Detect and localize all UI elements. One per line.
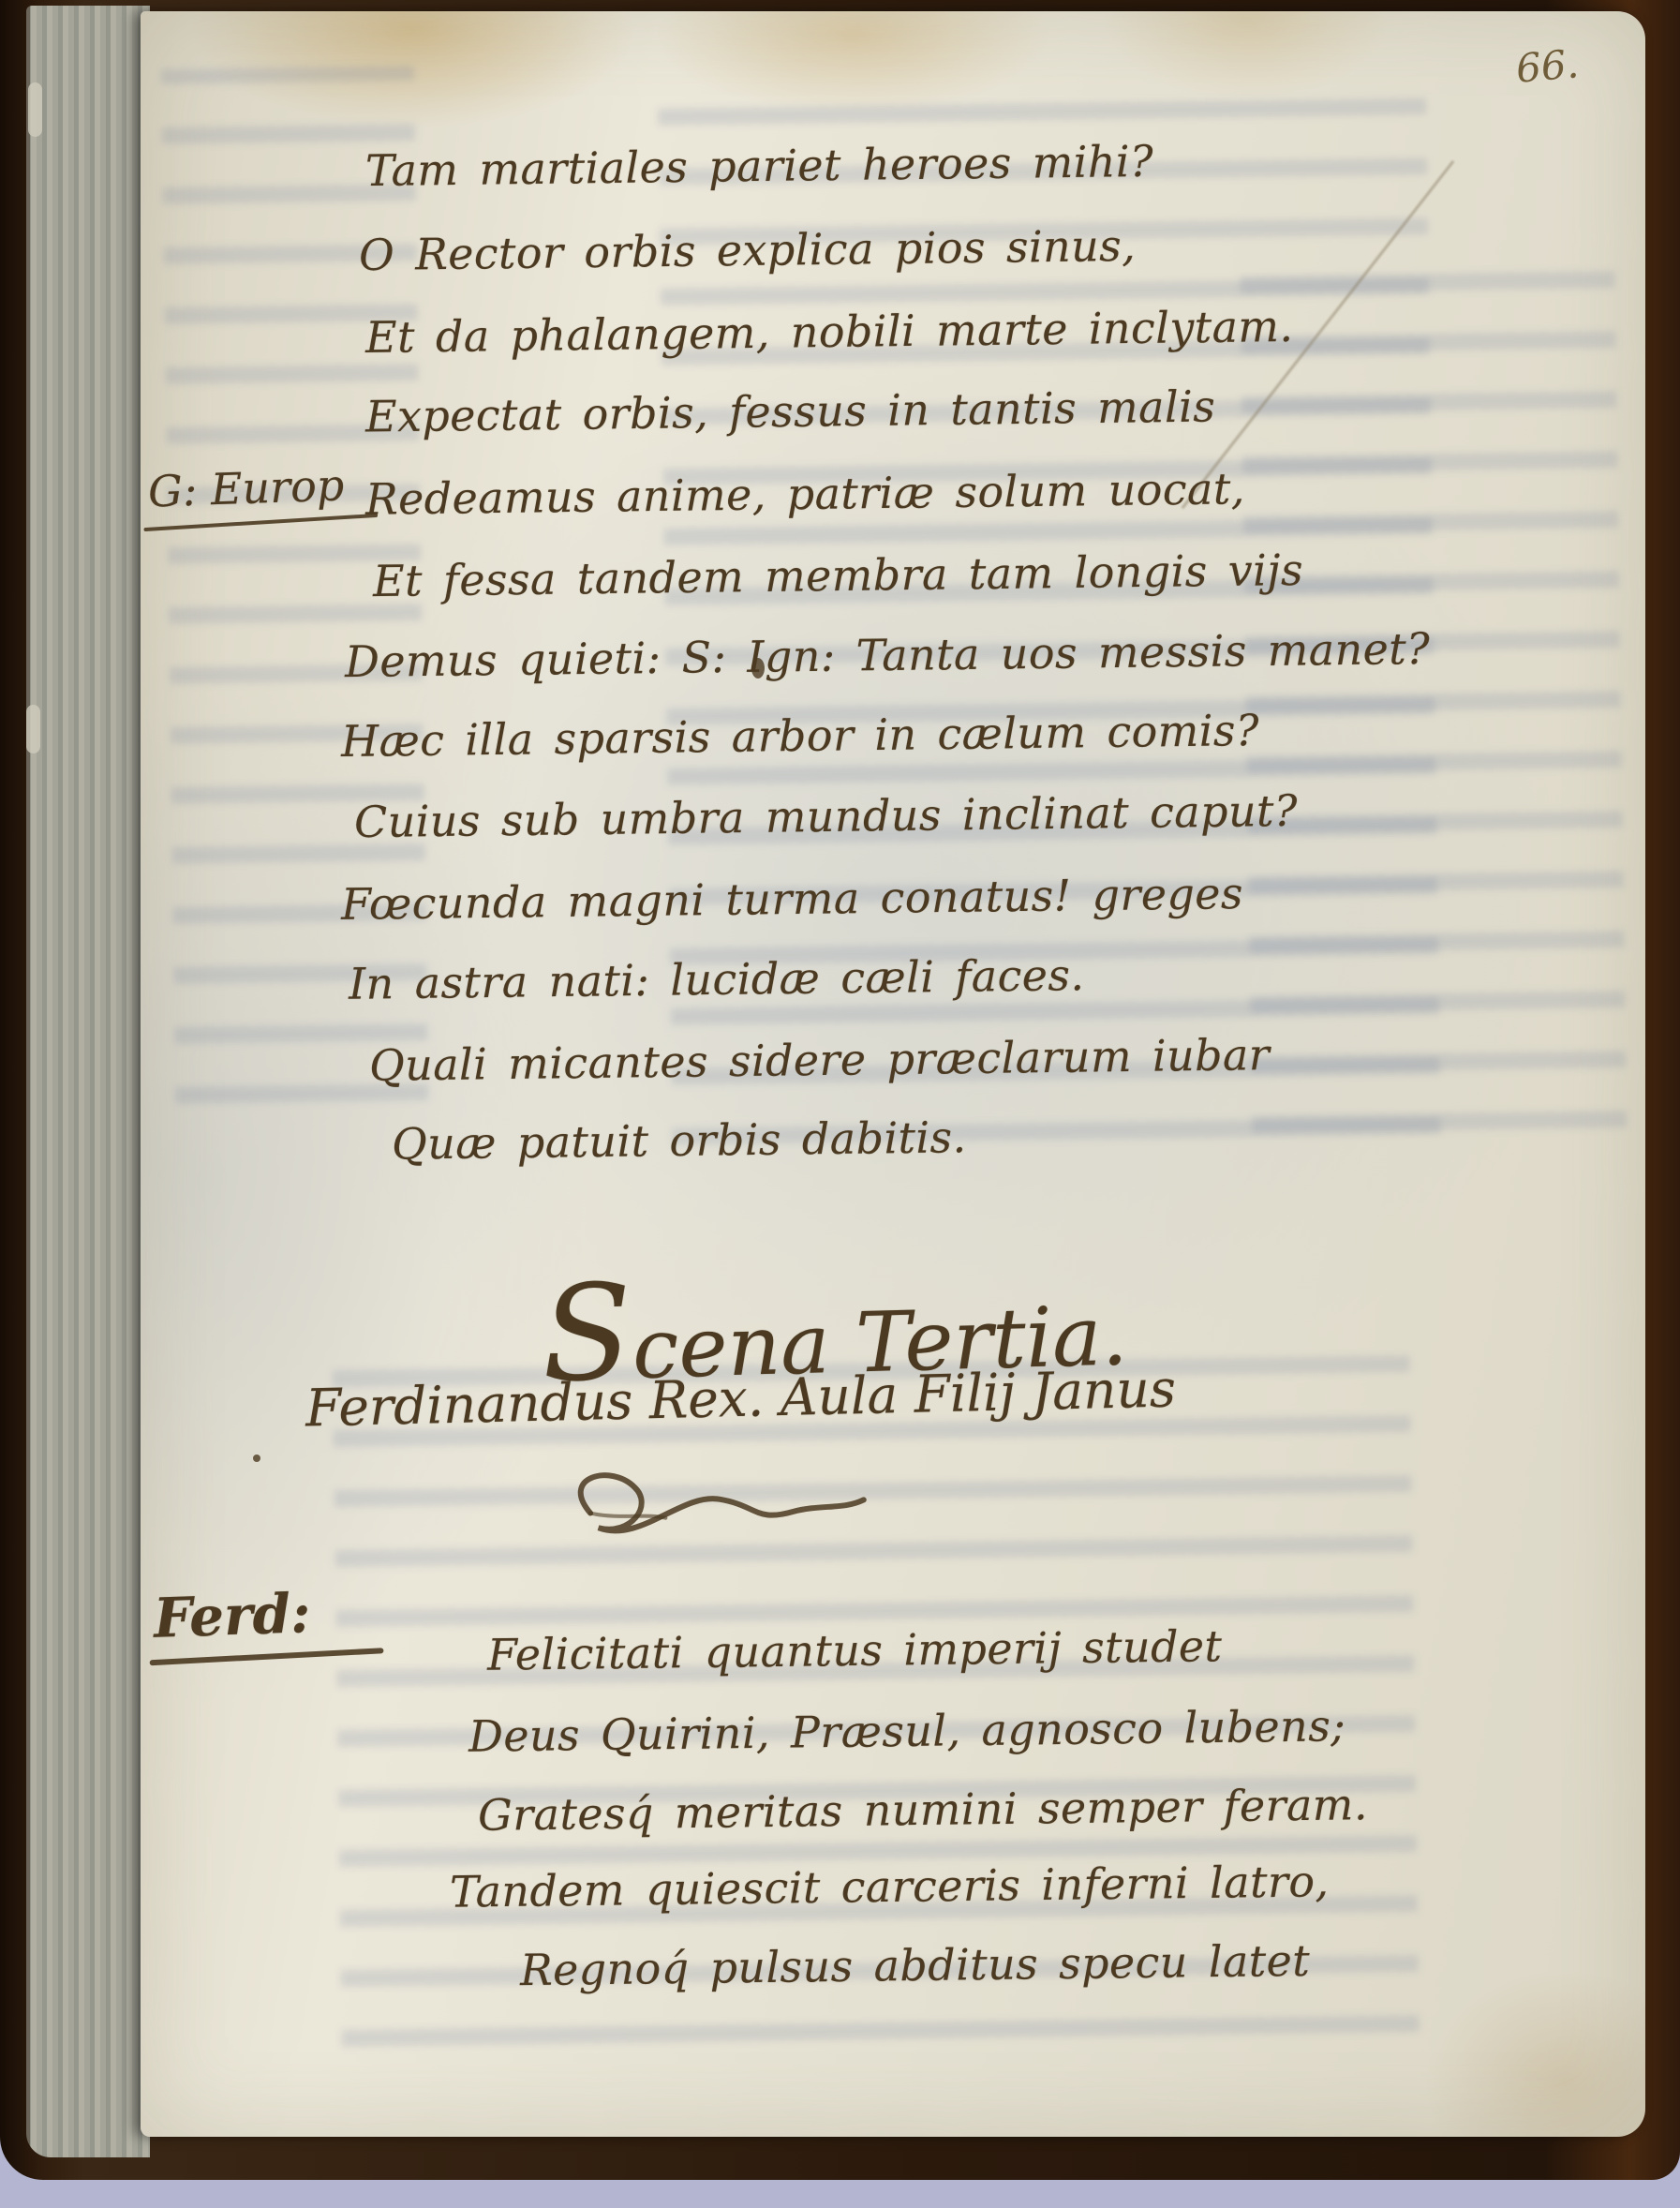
verse-line: Tam martiales pariet heroes mihi? <box>365 136 1154 196</box>
manuscript-photo: 66. Tam martiales pariet heroes mihi? O … <box>0 0 1680 2208</box>
verse-line: Expectat orbis, fessus in tantis malis <box>365 380 1216 441</box>
verse-line: Tandem quiescit carceris inferni latro, <box>450 1856 1330 1917</box>
verse-line: Deus Quirini, Præsul, agnosco lubens; <box>468 1700 1346 1761</box>
verse-line: Quæ patuit orbis dabitis. <box>392 1111 967 1169</box>
showthrough-patch <box>1240 252 1628 1175</box>
verse-line: Redeamus anime, patriæ solum uocat, <box>365 463 1245 524</box>
divider-flourish-icon <box>532 1448 892 1567</box>
verse-line: Regnoq́ pulsus abditus specu latet <box>520 1935 1311 1995</box>
margin-note-europ: G: Europ <box>147 459 345 516</box>
verse-line: In astra nati: lucidæ cæli faces. <box>349 949 1085 1009</box>
manuscript-page: 66. Tam martiales pariet heroes mihi? O … <box>141 11 1645 2137</box>
margin-note-label: G: Europ <box>147 459 345 516</box>
verse-line: O Rector orbis explica pios sinus, <box>359 220 1137 280</box>
page-edges-stack <box>26 6 150 2157</box>
ink-blot <box>253 1455 260 1462</box>
margin-note-label: Ferd: <box>153 1581 312 1650</box>
binding-stitch <box>28 82 42 137</box>
binding-stitch <box>26 705 40 753</box>
verse-line: Felicitati quantus imperij studet <box>487 1620 1223 1680</box>
page-number: 66. <box>1514 40 1581 92</box>
margin-note-ferd: Ferd: <box>153 1581 312 1650</box>
